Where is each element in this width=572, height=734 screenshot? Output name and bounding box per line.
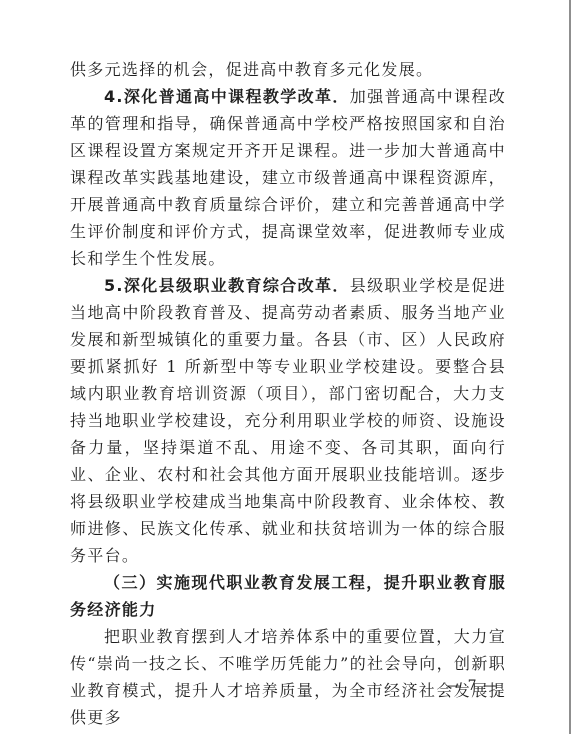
- bold-run: （三）实施现代职业教育发展工程，提升职业教育服务经济能力: [70, 573, 506, 619]
- document-body: 供多元选择的机会，促进高中教育多元化发展。4.深化普通高中课程教学改革．加强普通…: [70, 56, 506, 731]
- paragraph: 5.深化县级职业教育综合改革．县级职业学校是促进当地高中阶段教育普及、提高劳动者…: [70, 272, 506, 569]
- bold-run: 4.深化普通高中课程教学改革．: [104, 87, 350, 106]
- bold-run: 5.深化县级职业教育综合改革．: [104, 276, 350, 295]
- paragraph: 把职业教育摆到人才培养体系中的重要位置，大力宣传“崇尚一技之长、不唯学历凭能力”…: [70, 623, 506, 731]
- text-run: 把职业教育摆到人才培养体系中的重要位置，大力宣传“崇尚一技之长、不唯学历凭能力”…: [70, 627, 506, 727]
- paragraph: 供多元选择的机会，促进高中教育多元化发展。: [70, 56, 506, 83]
- scan-edge-line: [569, 0, 571, 734]
- paragraph: 4.深化普通高中课程教学改革．加强普通高中课程改革的管理和指导，确保普通高中学校…: [70, 83, 506, 272]
- text-run: 加强普通高中课程改革的管理和指导，确保普通高中学校严格按照国家和自治区课程设置方…: [70, 87, 506, 268]
- text-run: 县级职业学校是促进当地高中阶段教育普及、提高劳动者素质、服务当地产业发展和新型城…: [70, 276, 506, 565]
- text-run: 供多元选择的机会，促进高中教育多元化发展。: [70, 60, 433, 79]
- document-page: 供多元选择的机会，促进高中教育多元化发展。4.深化普通高中课程教学改革．加强普通…: [0, 0, 572, 734]
- paragraph: （三）实施现代职业教育发展工程，提升职业教育服务经济能力: [70, 569, 506, 623]
- page-number: — 7 —: [447, 678, 498, 694]
